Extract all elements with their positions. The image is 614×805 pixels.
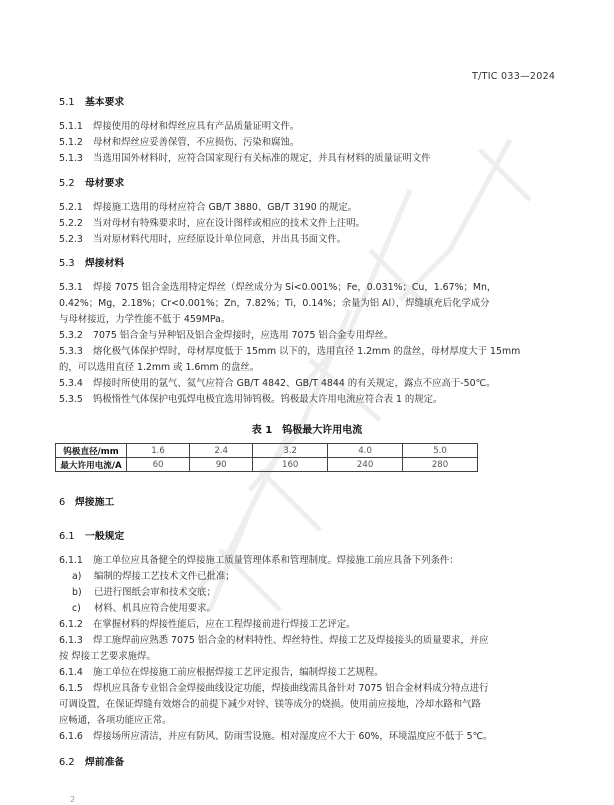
table-cell: 5.0 — [403, 444, 478, 458]
table-cell: 2.4 — [190, 444, 253, 458]
clause-5-3-5: 5.3.5钨极惰性气体保护电弧焊电极宜选用铈钨极。钨极最大许用电流应符合表 1 … — [59, 394, 442, 406]
clause-5-1-2: 5.1.2母材和焊丝应妥善保管，不应损伤、污染和腐蚀。 — [59, 137, 299, 149]
clause-5-3-1-continued: 0.42%；Mg，2.18%；Cr<0.001%；Zn，7.82%；Ti，0.1… — [59, 298, 490, 310]
clause-6-1-5: 6.1.5焊机应具备专业铝合金焊接曲线设定功能，焊接曲线需具备针对 7075 铝… — [59, 683, 488, 695]
table-cell: 90 — [190, 458, 253, 472]
clause-5-3-3-continued: 的，可以选用直径 1.2mm 或 1.6mm 的盘丝。 — [59, 362, 259, 374]
clause-5-2-2: 5.2.2当对母材有特殊要求时，应在设计图样或相应的技术文件上注明。 — [59, 218, 365, 230]
list-item: a)编制的焊接工艺技术文件已批准； — [72, 571, 235, 583]
clause-6-1-3: 6.1.3焊工施焊前应熟悉 7075 铝合金的材料特性、焊丝特性、焊接工艺及焊接… — [59, 635, 488, 647]
chapter-heading-6: 6焊接施工 — [59, 497, 114, 509]
table-cell: 160 — [253, 458, 328, 472]
section-heading-6-2: 6.2焊前准备 — [59, 757, 124, 769]
clause-5-3-2: 5.3.27075 铝合金与异种铝及铝合金焊接时，应选用 7075 铝合金专用焊… — [59, 330, 393, 342]
tungsten-current-table: 钨极直径/mm 1.6 2.4 3.2 4.0 5.0 最大许用电流/A 60 … — [55, 443, 478, 472]
clause-6-1-5-continued: 可调设置，在保证焊缝有效熔合的前提下减少对锌、镁等成分的烧损。使用前应接地，冷却… — [59, 699, 481, 711]
document-id-header: T/TIC 033—2024 — [472, 71, 555, 82]
document-page: T/TIC 033—2024 5.1基本要求 5.1.1焊接使用的母材和焊丝应具… — [0, 0, 614, 805]
clause-5-3-3: 5.3.3熔化极气体保护焊时，母材厚度低于 15mm 以下的，选用直径 1.2m… — [59, 346, 520, 358]
row-header: 钨极直径/mm — [56, 444, 127, 458]
table-cell: 3.2 — [253, 444, 328, 458]
clause-6-1-5-continued: 应畅通，各项功能应正常。 — [59, 715, 172, 727]
list-item: b)已进行图纸会审和技术交底； — [72, 587, 216, 599]
table-cell: 240 — [328, 458, 403, 472]
clause-6-1-6: 6.1.6焊接场所应清洁，并应有防风、防雨雪设施。相对湿度应不大于 60%，环境… — [59, 731, 493, 743]
clause-5-3-4: 5.3.4焊接时所使用的氩气、氦气应符合 GB/T 4842、GB/T 4844… — [59, 378, 496, 390]
clause-5-2-1: 5.2.1焊接施工选用的母材应符合 GB/T 3880、GB/T 3190 的规… — [59, 202, 357, 214]
section-heading-6-1: 6.1一般规定 — [59, 531, 124, 543]
table-caption: 表 1 钨极最大许用电流 — [0, 421, 614, 436]
table-cell: 280 — [403, 458, 478, 472]
section-heading-5-3: 5.3焊接材料 — [59, 258, 124, 270]
section-heading-5-1: 5.1基本要求 — [59, 97, 124, 109]
clause-6-1-3-continued: 按 焊接工艺要求施焊。 — [59, 651, 156, 663]
clause-5-3-1-continued: 与母材接近，力学性能不低于 459MPa。 — [59, 314, 230, 326]
clause-5-1-1: 5.1.1焊接使用的母材和焊丝应具有产品质量证明文件。 — [59, 121, 299, 133]
table-cell: 4.0 — [328, 444, 403, 458]
table-cell: 1.6 — [127, 444, 190, 458]
table-row: 最大许用电流/A 60 90 160 240 280 — [56, 458, 478, 472]
table-cell: 60 — [127, 458, 190, 472]
clause-5-3-1: 5.3.1焊接 7075 铝合金选用特定焊丝（焊丝成分为 Si<0.001%；F… — [59, 282, 496, 294]
clause-6-1-2: 6.1.2在掌握材料的焊接性能后，应在工程焊接前进行焊接工艺评定。 — [59, 619, 356, 631]
section-heading-5-2: 5.2母材要求 — [59, 178, 124, 190]
clause-5-2-3: 5.2.3当对原材料代用时，应经原设计单位同意，并出具书面文件。 — [59, 234, 346, 246]
list-item: c)材料、机具应符合使用要求。 — [72, 603, 216, 615]
clause-6-1-4: 6.1.4施工单位在焊接施工前应根据焊接工艺评定报告，编制焊接工艺规程。 — [59, 667, 384, 679]
clause-5-1-3: 5.1.3当选用国外材料时，应符合国家现行有关标准的规定，并具有材料的质量证明文… — [59, 153, 431, 165]
table-row: 钨极直径/mm 1.6 2.4 3.2 4.0 5.0 — [56, 444, 478, 458]
clause-6-1-1: 6.1.1施工单位应具备健全的焊接施工质量管理体系和管理制度。焊接施工前应具备下… — [59, 555, 459, 567]
page-number: 2 — [70, 795, 75, 804]
row-header: 最大许用电流/A — [56, 458, 127, 472]
